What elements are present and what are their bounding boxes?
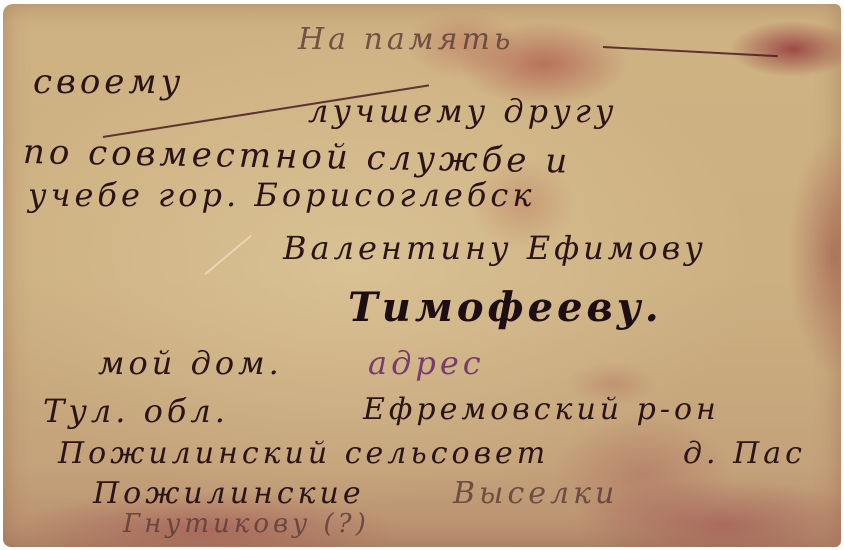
line-moy-dom: мой дом. — [98, 344, 283, 382]
inscription-card: На память своему лучшему другу по совмес… — [3, 4, 841, 547]
line-tul-obl: Тул. обл. — [43, 392, 229, 430]
line-svoemu: своему — [33, 62, 184, 102]
line-adres: адрес — [368, 344, 485, 382]
line-vyselki: Выселки — [453, 476, 618, 511]
line-d-pas: д. Пас — [683, 436, 806, 471]
line-na-pamyat: На память — [298, 22, 514, 57]
line-uchebe: учебе гор. Борисоглебск — [28, 176, 535, 214]
line-timofeevu: Тимофееву. — [348, 284, 663, 331]
paper-crease — [204, 235, 251, 275]
pen-stroke — [603, 46, 778, 57]
line-luchshemu-drugu: лучшему другу — [308, 92, 617, 130]
line-valentinu: Валентину Ефимову — [283, 229, 707, 267]
line-po-sovmestnoy: по совместной службе и — [23, 132, 572, 182]
line-pozhilinskie: Пожилинские — [93, 476, 365, 511]
line-efremovskiy: Ефремовский р-он — [363, 392, 720, 427]
line-recipient-name: Гнутикову (?) — [123, 509, 370, 539]
line-pozhilinskiy: Пожилинский сельсовет — [58, 436, 549, 471]
